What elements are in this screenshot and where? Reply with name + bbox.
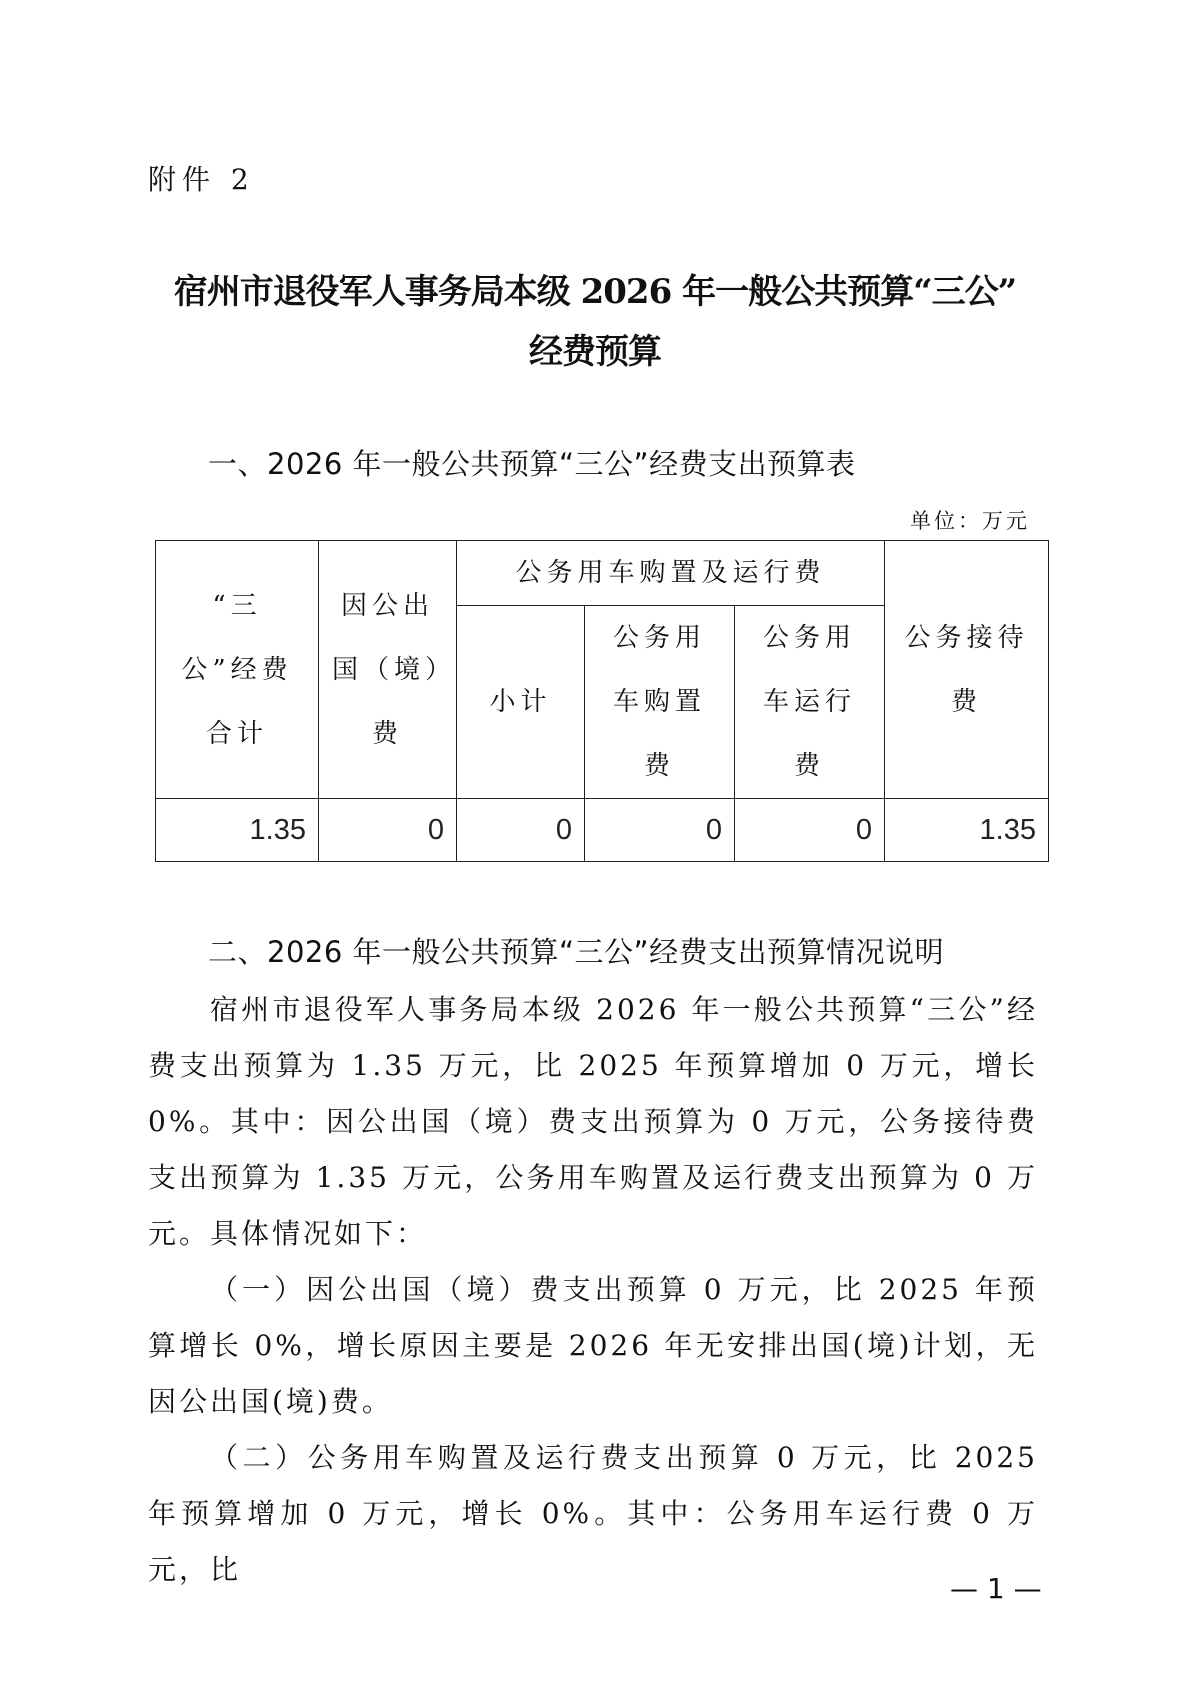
table-header-row-1: “三公”经费合计 因公出国（境）费 公务用车购置及运行费 公务接待费 <box>156 541 1049 606</box>
header-vehicle-operation: 公务用车运行费 <box>735 606 885 799</box>
table-row: 1.35 0 0 0 0 1.35 <box>156 799 1049 862</box>
header-total: “三公”经费合计 <box>156 541 319 799</box>
paragraph-vehicle: （二）公务用车购置及运行费支出预算 0 万元，比 2025 年预算增加 0 万元… <box>148 1430 1038 1598</box>
section2-body: 宿州市退役军人事务局本级 2026 年一般公共预算“三公”经费支出预算为 1.3… <box>148 982 1038 1598</box>
header-vehicle-group: 公务用车购置及运行费 <box>457 541 885 606</box>
paragraph-summary: 宿州市退役军人事务局本级 2026 年一般公共预算“三公”经费支出预算为 1.3… <box>148 982 1038 1262</box>
cell-vehicle-purchase: 0 <box>585 799 735 862</box>
cell-vehicle-subtotal: 0 <box>457 799 585 862</box>
document-title: 宿州市退役军人事务局本级 2026 年一般公共预算“三公” 经费预算 <box>130 262 1060 382</box>
cell-vehicle-operation: 0 <box>735 799 885 862</box>
attachment-label: 附件 2 <box>148 158 255 198</box>
section1-heading: 一、2026 年一般公共预算“三公”经费支出预算表 <box>208 442 856 483</box>
paragraph-abroad: （一）因公出国（境）费支出预算 0 万元，比 2025 年预算增长 0%，增长原… <box>148 1262 1038 1430</box>
header-vehicle-purchase: 公务用车购置费 <box>585 606 735 799</box>
document-title-line2: 经费预算 <box>130 322 1060 382</box>
cell-total: 1.35 <box>156 799 319 862</box>
cell-reception: 1.35 <box>885 799 1049 862</box>
unit-label: 单位：万元 <box>910 505 1030 535</box>
cell-abroad: 0 <box>319 799 457 862</box>
section2-heading: 二、2026 年一般公共预算“三公”经费支出预算情况说明 <box>208 930 944 971</box>
page-number: — 1 — <box>950 1572 1042 1605</box>
header-vehicle-subtotal: 小计 <box>457 606 585 799</box>
header-reception: 公务接待费 <box>885 541 1049 799</box>
header-abroad: 因公出国（境）费 <box>319 541 457 799</box>
three-public-expense-table: “三公”经费合计 因公出国（境）费 公务用车购置及运行费 公务接待费 小计 公务… <box>155 540 1049 862</box>
document-title-line1: 宿州市退役军人事务局本级 2026 年一般公共预算“三公” <box>130 262 1060 322</box>
